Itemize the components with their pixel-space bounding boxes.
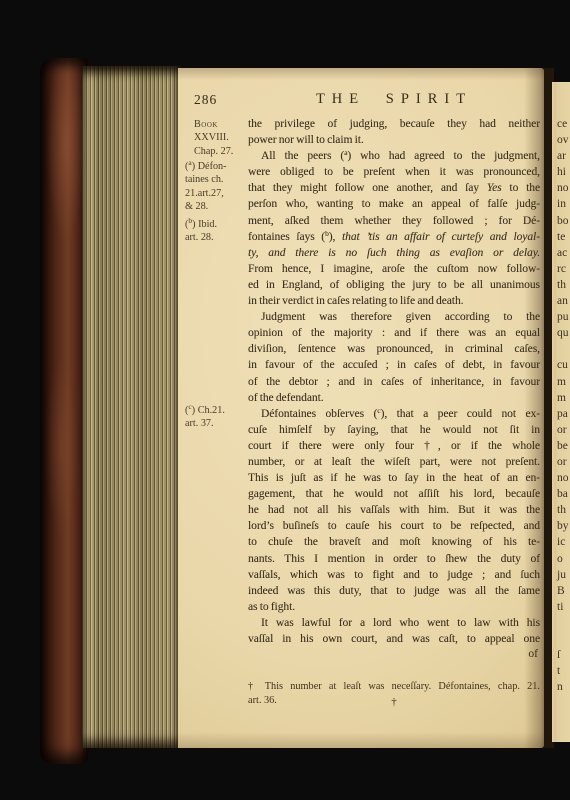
body-text-line: to chuſe the braveſt and moſt knowing of… bbox=[248, 534, 540, 550]
facing-page-line-fragment: or bbox=[557, 422, 570, 438]
running-title: THE SPIRIT bbox=[248, 91, 540, 108]
facing-page-line-fragment: bo bbox=[557, 213, 570, 229]
book-spine bbox=[40, 58, 88, 764]
footnote: † This number at leaſt was neceſſary. Dé… bbox=[248, 680, 540, 708]
body-text-line: vaſſals, which was to fight and to judge… bbox=[248, 567, 540, 583]
facing-page-line-fragment bbox=[557, 615, 570, 631]
body-text-line: nants. This I mention in order to ſhew t… bbox=[248, 551, 540, 567]
margin-note: (b) Ibid.art. 28. bbox=[185, 218, 249, 245]
facing-page-line-fragment bbox=[557, 631, 570, 647]
facing-page-line-fragment: m bbox=[557, 390, 570, 406]
body-text-line: lord’s buſineſs to cauſe his court to be… bbox=[248, 518, 540, 534]
margin-notes: BookXXVIII.Chap. 27.(a) Défon-taines ch.… bbox=[185, 68, 249, 748]
signature-mark: † bbox=[248, 695, 540, 710]
facing-page-sliver: ceovarhinoinboteacrcthanpuqucummpaorbeor… bbox=[552, 82, 570, 742]
facing-page-line-fragment: ba bbox=[557, 486, 570, 502]
facing-page-line-fragment: th bbox=[557, 502, 570, 518]
body-text-line: opinion of the majority : and if there w… bbox=[248, 325, 540, 341]
facing-page-line-fragment: ar bbox=[557, 148, 570, 164]
body-text-line: that they might follow one another, and … bbox=[248, 180, 540, 196]
body-text-line: in their verdict in caſes relating to li… bbox=[248, 293, 540, 309]
facing-page-line-fragment: n bbox=[557, 679, 570, 695]
facing-page-line-fragment: rc bbox=[557, 261, 570, 277]
book-photo: 286 THE SPIRIT BookXXVIII.Chap. 27.(a) D… bbox=[0, 0, 570, 800]
page-edges bbox=[82, 66, 180, 748]
body-text-line: Judgment was therefore given according t… bbox=[248, 309, 540, 325]
facing-page-line-fragment: ce bbox=[557, 116, 570, 132]
facing-page-line-fragment: an bbox=[557, 293, 570, 309]
facing-page-line-fragment: pa bbox=[557, 406, 570, 422]
facing-page-line-fragment: be bbox=[557, 438, 570, 454]
facing-page-line-fragment: qu bbox=[557, 325, 570, 341]
body-text-line: This is juſt as if he was to ſay in the … bbox=[248, 470, 540, 486]
facing-page-line-fragment: ic bbox=[557, 534, 570, 550]
body-text-line: of the debtor ; and in caſes of inherita… bbox=[248, 374, 540, 390]
body-text-line: Défontaines obſerves (c), that a peer co… bbox=[248, 406, 540, 422]
body-text-line: power nor will to claim it. bbox=[248, 132, 540, 148]
body-text-line: in favour of the accuſed ; in caſes of d… bbox=[248, 357, 540, 373]
body-text-line: cuſe himſelf by ſaying, that he would no… bbox=[248, 422, 540, 438]
facing-page-line-fragment: cu bbox=[557, 357, 570, 373]
facing-page-line-fragment: no bbox=[557, 470, 570, 486]
book-page: 286 THE SPIRIT BookXXVIII.Chap. 27.(a) D… bbox=[178, 68, 544, 748]
body-text-line: diviſion, ſentence was pronounced, in cr… bbox=[248, 341, 540, 357]
body-text-line: he had not all his vaſſals with him. But… bbox=[248, 502, 540, 518]
body-text-line: vaſſal in his own court, and was caſt, t… bbox=[248, 631, 540, 647]
facing-page-line-fragment: in bbox=[557, 196, 570, 212]
facing-page-line-fragment: te bbox=[557, 229, 570, 245]
body-text-line: perſon who, wanting to make an appeal of… bbox=[248, 196, 540, 212]
facing-page-line-fragment: ov bbox=[557, 132, 570, 148]
body-text: the privilege of judging, becauſe they h… bbox=[248, 116, 540, 647]
facing-page-line-fragment: or bbox=[557, 454, 570, 470]
facing-page-line-fragment: ti bbox=[557, 599, 570, 615]
body-text-line: All the peers (a) who had agreed to the … bbox=[248, 148, 540, 164]
body-text-line: number, or at leaſt the wiſeſt part, wer… bbox=[248, 454, 540, 470]
body-text-line: fontaines ſays (b), that ’tis an affair … bbox=[248, 229, 540, 245]
body-text-line: It was lawful for a lord who went to law… bbox=[248, 615, 540, 631]
facing-page-line-fragment: no bbox=[557, 180, 570, 196]
margin-note: (a) Défon-taines ch.21.art.27,& 28. bbox=[185, 160, 249, 214]
body-text-line: ed in England, of obliging the jury to b… bbox=[248, 277, 540, 293]
margin-note: (c) Ch.21.art. 37. bbox=[185, 404, 249, 431]
facing-page-text: ceovarhinoinboteacrcthanpuqucummpaorbeor… bbox=[552, 82, 570, 695]
body-text-line: ment, aſked them whether they followed ;… bbox=[248, 213, 540, 229]
body-text-line: as to fight. bbox=[248, 599, 540, 615]
facing-page-line-fragment: ju bbox=[557, 567, 570, 583]
facing-page-line-fragment: hi bbox=[557, 164, 570, 180]
facing-page-line-fragment: t bbox=[557, 663, 570, 679]
body-text-line: gagement, that he would not aſſiſt his l… bbox=[248, 486, 540, 502]
facing-page-line-fragment: by bbox=[557, 518, 570, 534]
facing-page-line-fragment: ac bbox=[557, 245, 570, 261]
body-text-line: ty, and there is no ſuch thing as evaſio… bbox=[248, 245, 540, 261]
body-text-line: the privilege of judging, becauſe they h… bbox=[248, 116, 540, 132]
facing-page-line-fragment: pu bbox=[557, 309, 570, 325]
facing-page-line-fragment: B bbox=[557, 583, 570, 599]
body-text-line: From hence, I imagine, aroſe the cuſtom … bbox=[248, 261, 540, 277]
body-text-line: court if there were only four †, or if t… bbox=[248, 438, 540, 454]
body-text-line: indeed was this duty, that to judge was … bbox=[248, 583, 540, 599]
footnote-line-2: art. 36. † bbox=[248, 693, 540, 708]
body-text-line: were obliged to be preſent when it was p… bbox=[248, 164, 540, 180]
body-text-line: of the defendant. bbox=[248, 390, 540, 406]
facing-page-line-fragment: th bbox=[557, 277, 570, 293]
facing-page-line-fragment: m bbox=[557, 374, 570, 390]
footnote-line-1: † This number at leaſt was neceſſary. Dé… bbox=[248, 680, 540, 693]
catchword: of bbox=[248, 648, 538, 660]
facing-page-line-fragment bbox=[557, 341, 570, 357]
facing-page-line-fragment: o bbox=[557, 551, 570, 567]
facing-page-line-fragment: ſ bbox=[557, 647, 570, 663]
gutter-shadow bbox=[524, 68, 554, 748]
